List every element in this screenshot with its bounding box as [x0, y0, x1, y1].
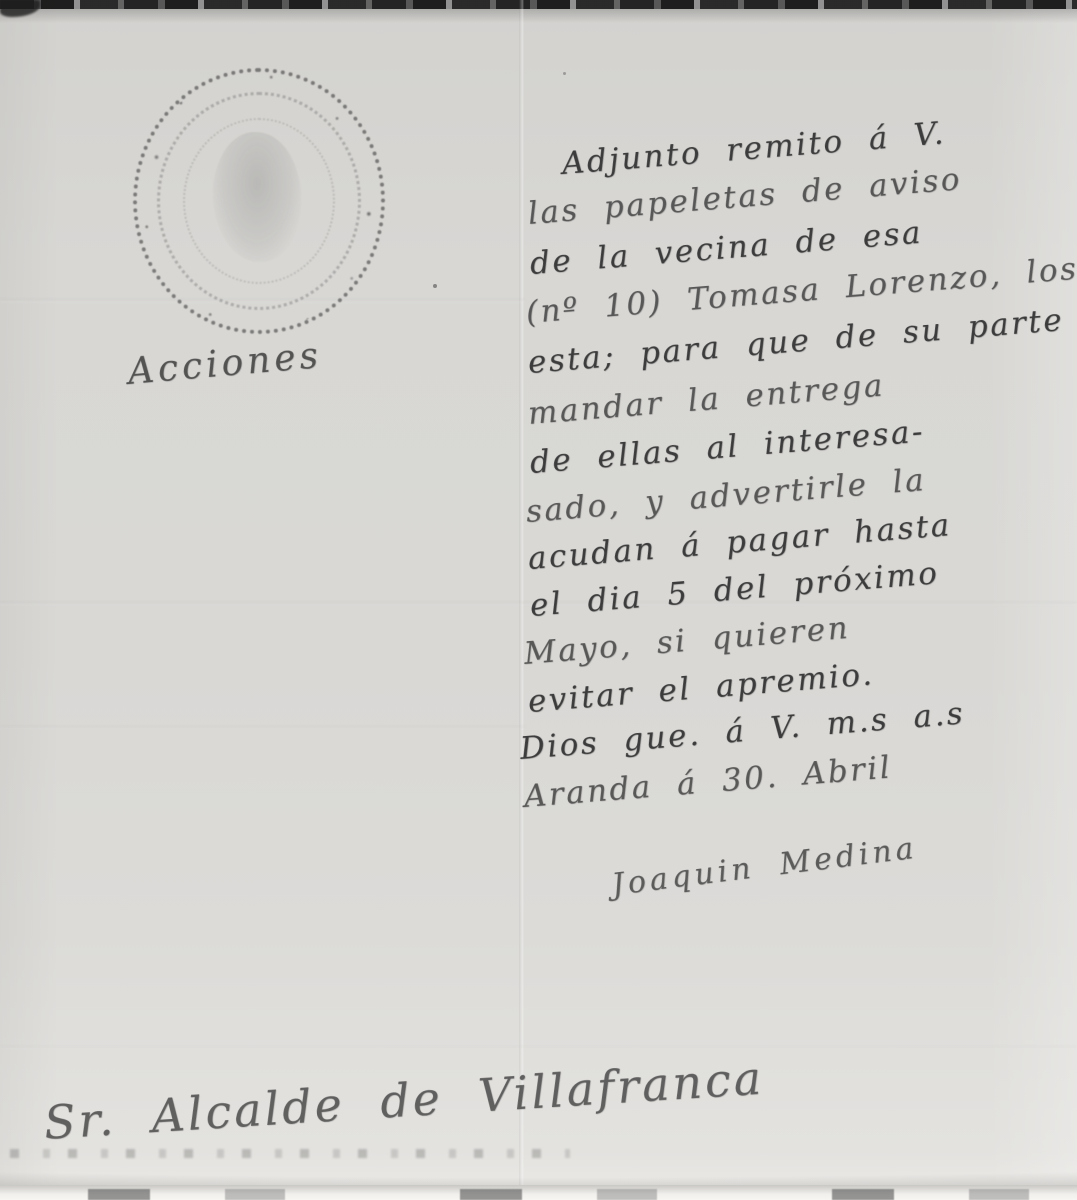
- horizontal-crease: [0, 1046, 1077, 1049]
- dust-speck: [433, 284, 437, 288]
- signature: Joaquin Medina: [610, 831, 919, 903]
- horizontal-crease: [0, 726, 525, 729]
- seal-portrait-bust: [213, 132, 301, 262]
- paper-bottom-shadow: [0, 1165, 1077, 1187]
- dust-speck: [563, 72, 566, 75]
- scan-top-edge-shadow: [0, 9, 1077, 23]
- margin-note: Acciones: [126, 335, 323, 393]
- ghost-text-dashes: [10, 1149, 570, 1158]
- scanned-letter-page: Acciones Adjunto remito á V. las papelet…: [0, 0, 1077, 1200]
- scan-top-edge: [0, 0, 1077, 9]
- official-seal-icon: [133, 68, 385, 334]
- scan-bottom-marks: [0, 1189, 1077, 1200]
- addressee-line: Sr. Alcalde de Villafranca: [42, 1051, 765, 1150]
- vertical-fold-line: [519, 0, 524, 1200]
